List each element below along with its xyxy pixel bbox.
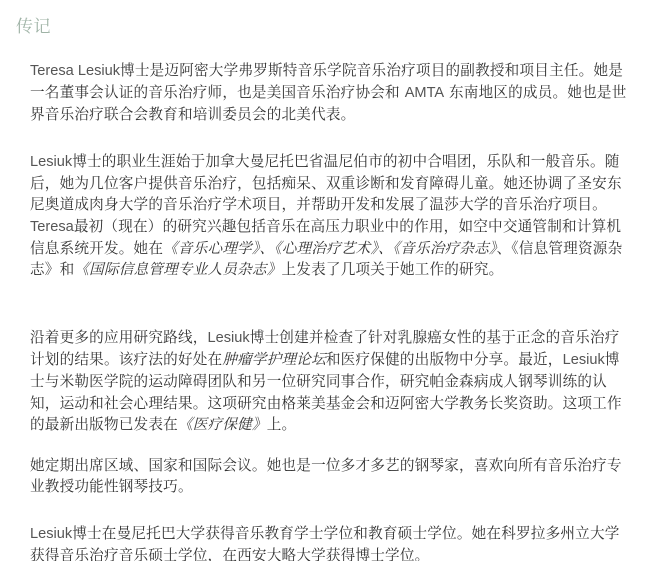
bio-paragraph-4: 她定期出席区域、国家和国际会议。她也是一位多才多艺的钢琴家，喜欢向所有音乐治疗专…: [30, 455, 630, 497]
bio-paragraph-3: 沿着更多的应用研究路线，Lesiuk博士创建并检查了针对乳腺癌女性的基于正念的音…: [30, 327, 630, 435]
paragraph-text: 上。: [267, 416, 297, 433]
journal-titles: 《音乐心理学》、《心理治疗艺术》、《音乐治疗杂志》: [163, 240, 496, 257]
name-text: Lesiuk: [30, 526, 72, 542]
bio-paragraph-2: Lesiuk博士的职业生涯始于加拿大曼尼托巴省温尼伯市的初中合唱团，乐队和一般音…: [30, 151, 630, 280]
name-text: Teresa Lesiuk: [30, 63, 120, 79]
acronym-text: AMTA: [405, 85, 444, 101]
paragraph-text: 博士在曼尼托巴大学获得音乐教育学士学位和教育硕士学位。她在科罗拉多州立大学获得音…: [30, 525, 620, 561]
name-text: Lesiuk: [30, 154, 72, 170]
paragraph-text: 沿着更多的应用研究路线，: [30, 329, 208, 346]
bio-paragraph-1: Teresa Lesiuk博士是迈阿密大学弗罗斯特音乐学院音乐治疗项目的副教授和…: [30, 60, 630, 126]
bio-paragraph-5: Lesiuk博士在曼尼托巴大学获得音乐教育学士学位和教育硕士学位。她在科罗拉多州…: [30, 523, 630, 561]
paragraph-text: 上发表了几项关于她工作的研究。: [282, 261, 504, 278]
journal-title: 肿瘤学护理论坛: [222, 351, 326, 368]
name-text: Lesiuk: [563, 352, 605, 368]
journal-title: 《国际信息管理专业人员杂志》: [74, 261, 281, 278]
name-text: Lesiuk: [208, 330, 250, 346]
journal-title: 《医疗保健》: [178, 416, 267, 433]
paragraph-text: 她定期出席区域、国家和国际会议。她也是一位多才多艺的钢琴家，喜欢向所有音乐治疗专…: [30, 457, 622, 495]
name-text: Teresa: [30, 219, 74, 235]
biography-page: 传记 Teresa Lesiuk博士是迈阿密大学弗罗斯特音乐学院音乐治疗项目的副…: [0, 0, 660, 561]
paragraph-text: 博士的职业生涯始于加拿大曼尼托巴省温尼伯市的初中合唱团，乐队和一般音乐。随后，她…: [30, 153, 622, 213]
section-title: 传记: [16, 17, 51, 37]
paragraph-text: 和医疗保健的出版物中分享。最近，: [326, 351, 563, 368]
